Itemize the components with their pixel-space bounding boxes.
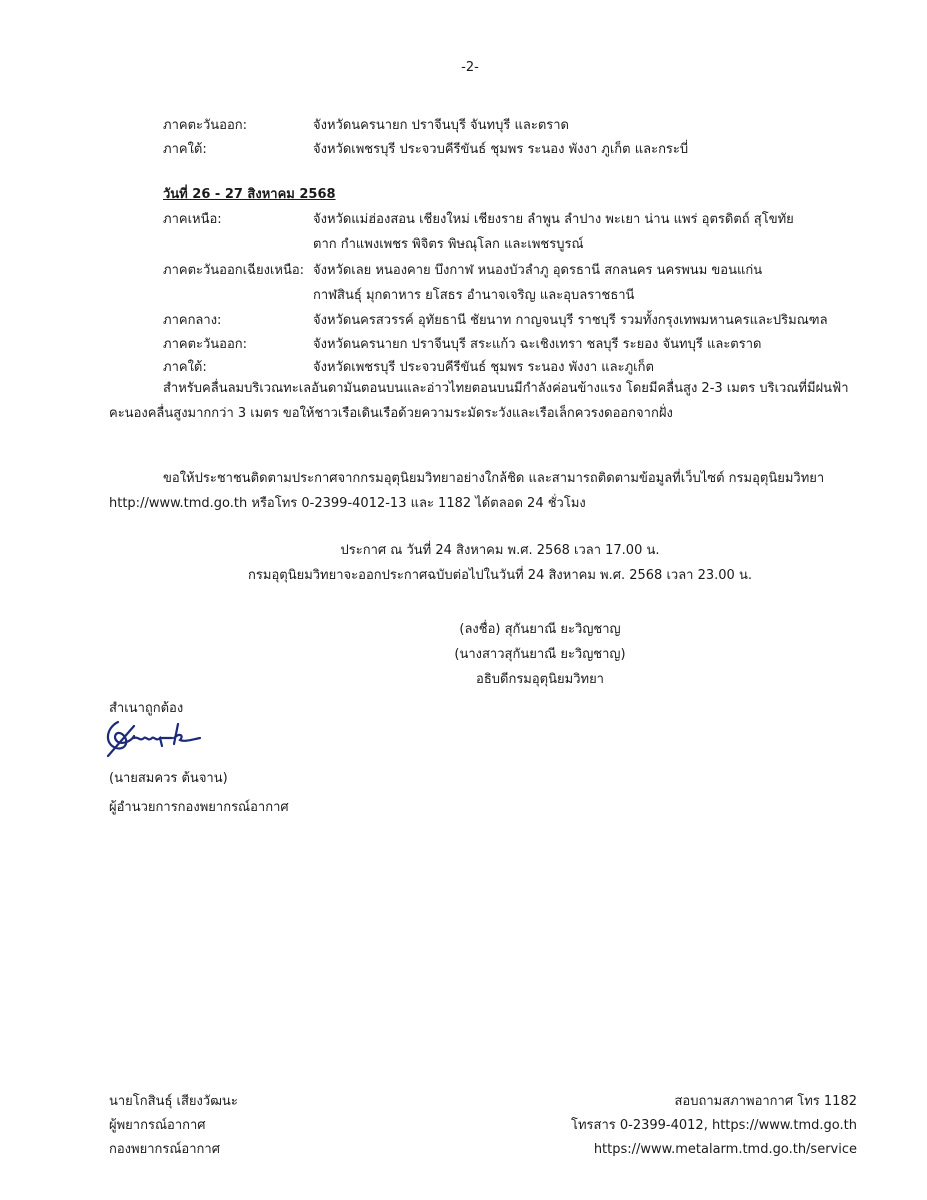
region-provinces: จังหวัดเพชรบุรี ประจวบคีรีขันธ์ ชุมพร ระ… [313, 138, 688, 159]
region-provinces-cont: กาฬสินธุ์ มุกดาหาร ยโสธร อำนาจเจริญ และอ… [313, 284, 634, 305]
region-provinces: จังหวัดแม่ฮ่องสอน เชียงใหม่ เชียงราย ลำพ… [313, 208, 794, 229]
section-heading: วันที่ 26 - 27 สิงหาคม 2568 [163, 183, 336, 204]
certifier-block: (นายสมควร ต้นจาน) ผู้อำนวยการกองพยากรณ์อ… [109, 766, 289, 820]
waves-paragraph: สำหรับคลื่นลมบริเวณทะเลอันดามันตอนบนและอ… [109, 376, 869, 426]
region-label: ภาคใต้: [163, 356, 207, 377]
certifier-name: (นายสมควร ต้นจาน) [109, 766, 289, 791]
region-label: ภาคกลาง: [163, 309, 221, 330]
signatory-name: (นางสาวสุกันยาณี ยะวิญชาญ) [400, 642, 680, 667]
signatory-block: (ลงชื่อ) สุกันยาณี ยะวิญชาญ (นางสาวสุกัน… [400, 617, 680, 692]
page-number: -2- [0, 60, 927, 75]
forecaster-title: ผู้พยากรณ์อากาศ [109, 1114, 238, 1138]
region-provinces: จังหวัดเลย หนองคาย บึงกาฬ หนองบัวลำภู อุ… [313, 259, 762, 280]
region-provinces: จังหวัดเพชรบุรี ประจวบคีรีขันธ์ ชุมพร ระ… [313, 356, 654, 377]
region-label: ภาคตะวันออก: [163, 333, 247, 354]
region-label: ภาคตะวันออกเฉียงเหนือ: [163, 259, 304, 280]
certifier-title: ผู้อำนวยการกองพยากรณ์อากาศ [109, 795, 289, 820]
footer-forecaster: นายโกสินธุ์ เสียงวัฒนะ ผู้พยากรณ์อากาศ ก… [109, 1090, 238, 1162]
footer-contact: สอบถามสภาพอากาศ โทร 1182 โทรสาร 0-2399-4… [571, 1090, 857, 1162]
contact-fax-web: โทรสาร 0-2399-4012, https://www.tmd.go.t… [571, 1114, 857, 1138]
next-issue-line: กรมอุตุนิยมวิทยาจะออกประกาศฉบับต่อไปในวั… [0, 563, 927, 588]
contact-service-url: https://www.metalarm.tmd.go.th/service [571, 1138, 857, 1162]
region-provinces: จังหวัดนครนายก ปราจีนบุรี สระแก้ว ฉะเชิง… [313, 333, 761, 354]
contact-phone: สอบถามสภาพอากาศ โทร 1182 [571, 1090, 857, 1114]
forecaster-name: นายโกสินธุ์ เสียงวัฒนะ [109, 1090, 238, 1114]
region-provinces-cont: ตาก กำแพงเพชร พิจิตร พิษณุโลก และเพชรบูร… [313, 233, 584, 254]
handwritten-signature-icon [104, 718, 204, 763]
announcement-block: ประกาศ ณ วันที่ 24 สิงหาคม พ.ศ. 2568 เวล… [0, 538, 927, 588]
region-label: ภาคตะวันออก: [163, 114, 247, 135]
region-label: ภาคใต้: [163, 138, 207, 159]
issued-line: ประกาศ ณ วันที่ 24 สิงหาคม พ.ศ. 2568 เวล… [0, 538, 927, 563]
forecaster-division: กองพยากรณ์อากาศ [109, 1138, 238, 1162]
region-label: ภาคเหนือ: [163, 208, 222, 229]
signatory-title: อธิบดีกรมอุตุนิยมวิทยา [400, 667, 680, 692]
region-provinces: จังหวัดนครสวรรค์ อุทัยธานี ชัยนาท กาญจนบ… [313, 309, 828, 330]
signed-line: (ลงชื่อ) สุกันยาณี ยะวิญชาญ [400, 617, 680, 642]
region-provinces: จังหวัดนครนายก ปราจีนบุรี จันทบุรี และตร… [313, 114, 569, 135]
follow-paragraph: ขอให้ประชาชนติดตามประกาศจากกรมอุตุนิยมวิ… [109, 466, 869, 516]
